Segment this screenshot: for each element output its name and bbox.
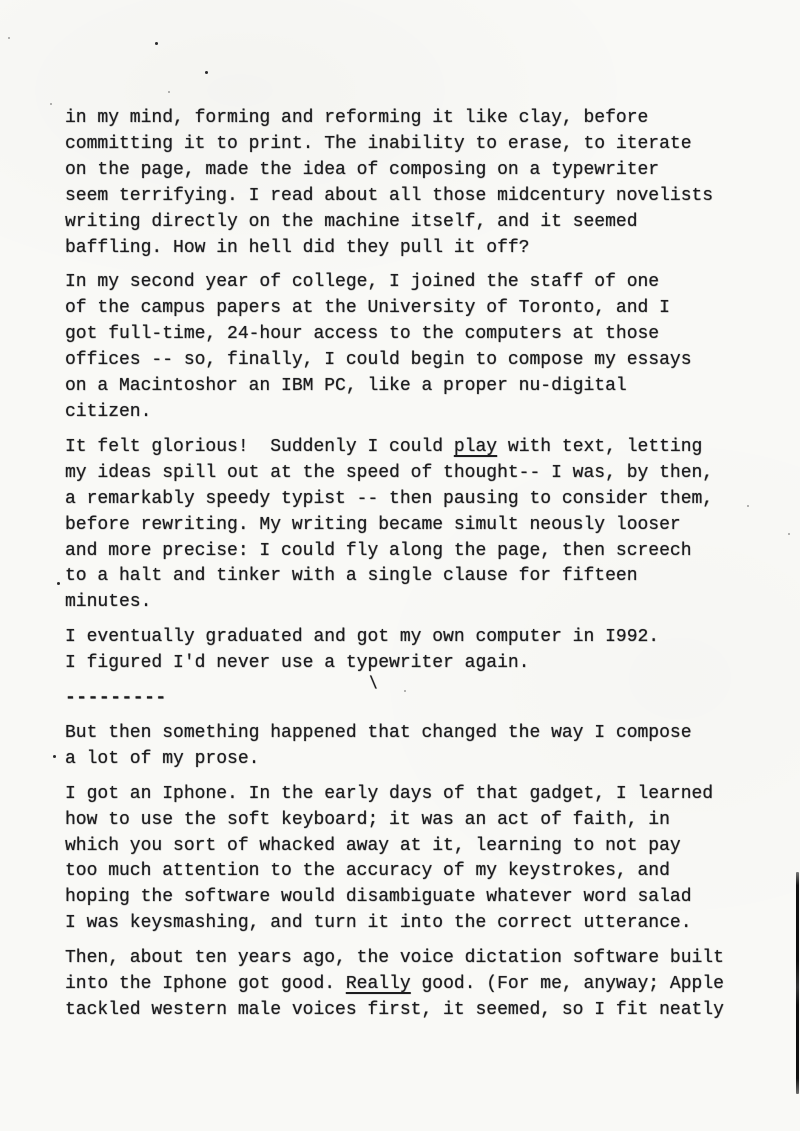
text-line: citizen. (65, 400, 765, 426)
paragraph-4: I eventually graduated and got my own co… (65, 625, 765, 677)
scan-speck (8, 37, 10, 39)
paragraph-5: But then something happened that changed… (65, 721, 765, 773)
text-line: on the page, made the idea of composing … (65, 158, 765, 184)
text-line: too much attention to the accuracy of my… (65, 859, 765, 885)
text-line: which you sort of whacked away at it, le… (65, 834, 765, 860)
scan-speck (747, 505, 749, 507)
text-line: tackled western male voices first, it se… (65, 998, 765, 1024)
scan-speck (404, 690, 406, 692)
text-line: I eventually graduated and got my own co… (65, 625, 765, 651)
text-line: It felt glorious! Suddenly I could play … (65, 435, 765, 461)
underlined-word: Really (346, 974, 411, 994)
text-line: on a Macintoshor an IBM PC, like a prope… (65, 374, 765, 400)
typewritten-page-scan: in my mind, forming and reforming it lik… (0, 0, 800, 1131)
scan-speck (50, 103, 52, 105)
text-line: my ideas spill out at the speed of thoug… (65, 461, 765, 487)
underlined-word: play (454, 437, 497, 457)
text-line: got full-time, 24-hour access to the com… (65, 322, 765, 348)
text-line: offices -- so, finally, I could begin to… (65, 348, 765, 374)
paragraph-3: It felt glorious! Suddenly I could play … (65, 435, 765, 616)
paragraph-7: Then, about ten years ago, the voice dic… (65, 946, 765, 1024)
scan-speck (168, 91, 170, 93)
scan-speck (57, 582, 60, 585)
document-body: in my mind, forming and reforming it lik… (65, 106, 765, 1033)
text-line: I figured I'd never use a typewriter aga… (65, 651, 765, 677)
text-line: how to use the soft keyboard; it was an … (65, 808, 765, 834)
section-divider: --------- (65, 686, 765, 712)
text-line: committing it to print. The inability to… (65, 132, 765, 158)
text-line: baffling. How in hell did they pull it o… (65, 236, 765, 262)
text-line: a remarkably speedy typist -- then pausi… (65, 487, 765, 513)
scan-speck (788, 533, 790, 535)
text-line: and more precise: I could fly along the … (65, 539, 765, 565)
text-line: of the campus papers at the University o… (65, 296, 765, 322)
text-line: before rewriting. My writing became simu… (65, 513, 765, 539)
text-line: into the Iphone got good. Really good. (… (65, 972, 765, 998)
text-line: a lot of my prose. (65, 747, 765, 773)
paragraph-2: In my second year of college, I joined t… (65, 270, 765, 425)
scan-edge-artifact (796, 872, 799, 1094)
text-line: seem terrifying. I read about all those … (65, 184, 765, 210)
text-line: But then something happened that changed… (65, 721, 765, 747)
text-line: I got an Iphone. In the early days of th… (65, 782, 765, 808)
text-line: I was keysmashing, and turn it into the … (65, 911, 765, 937)
paragraph-6: I got an Iphone. In the early days of th… (65, 782, 765, 937)
stray-pen-mark: \ (367, 675, 379, 695)
text-line: In my second year of college, I joined t… (65, 270, 765, 296)
text-line: in my mind, forming and reforming it lik… (65, 106, 765, 132)
scan-speck (53, 755, 56, 758)
text-line: writing directly on the machine itself, … (65, 210, 765, 236)
text-line: hoping the software would disambiguate w… (65, 885, 765, 911)
text-line: to a halt and tinker with a single claus… (65, 564, 765, 590)
scan-speck (155, 42, 158, 45)
text-line: Then, about ten years ago, the voice dic… (65, 946, 765, 972)
scan-speck (205, 71, 208, 74)
text-line: minutes. (65, 590, 765, 616)
paragraph-1: in my mind, forming and reforming it lik… (65, 106, 765, 261)
